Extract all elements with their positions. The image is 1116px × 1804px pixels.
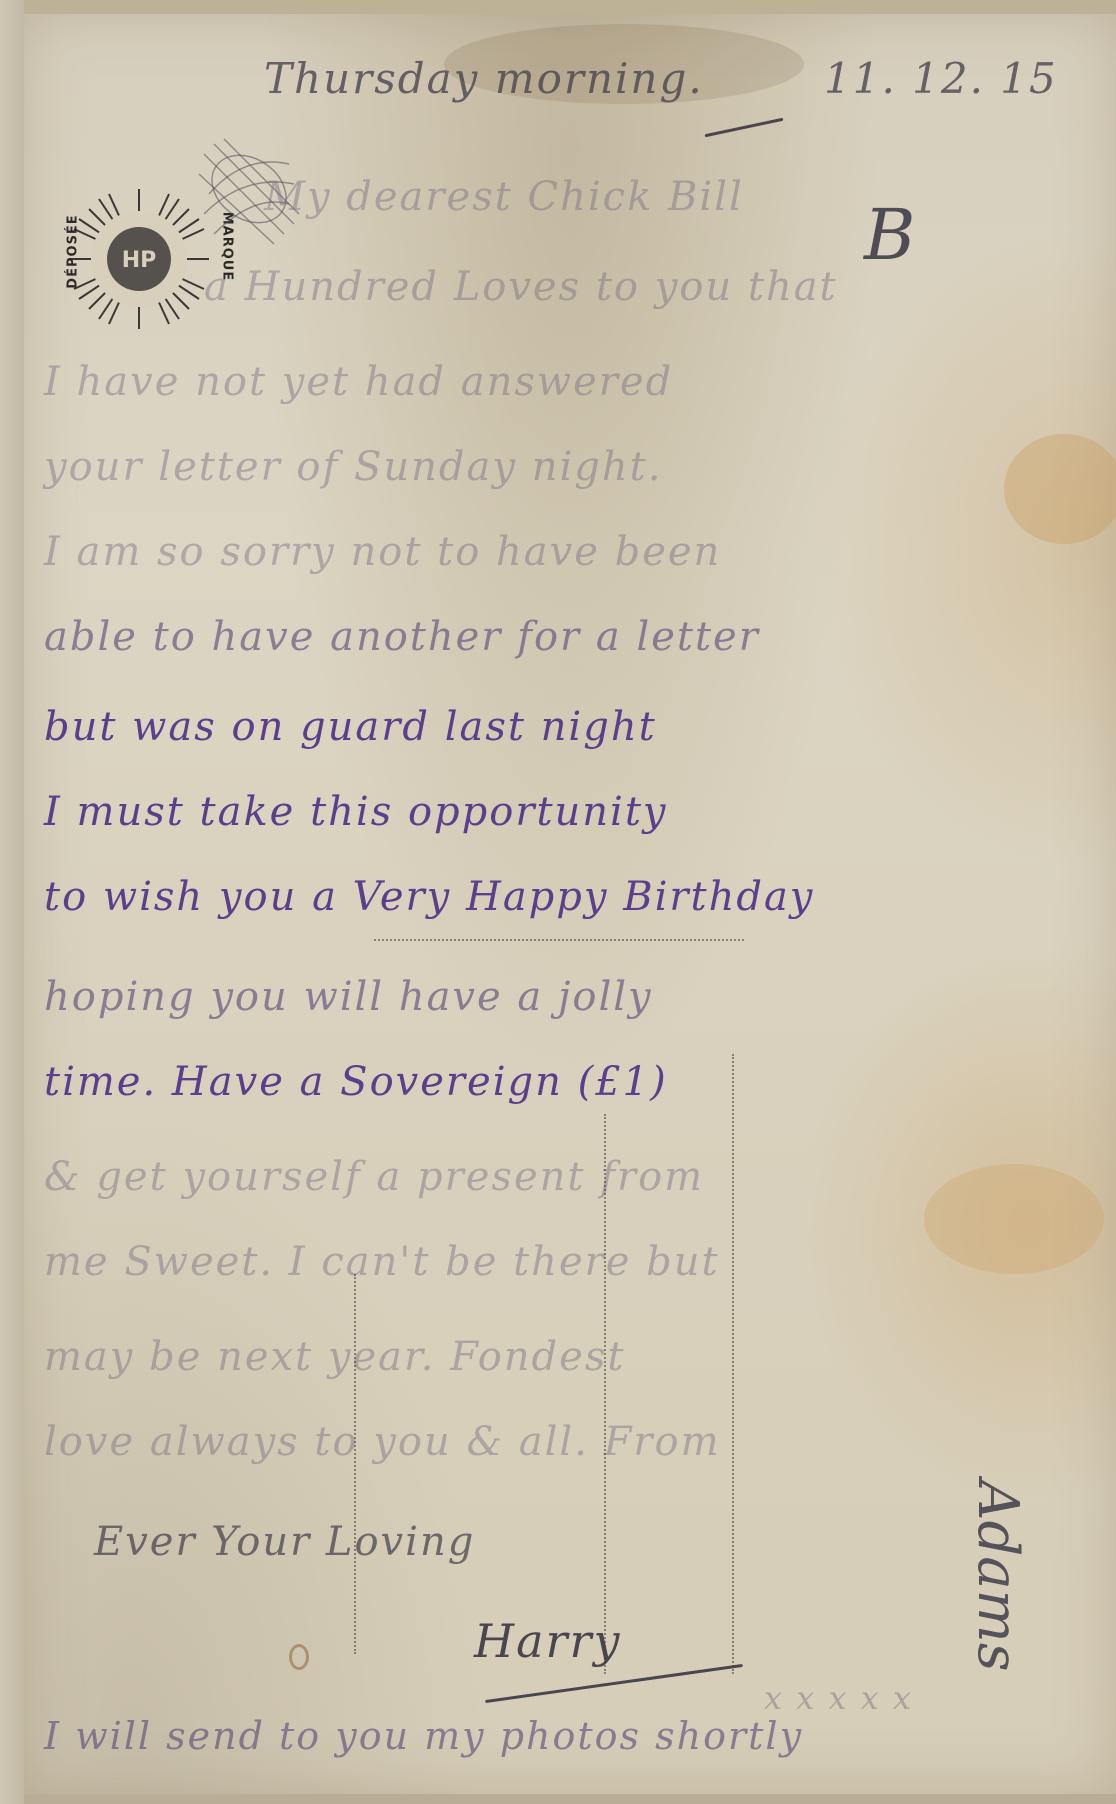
- date: 11. 12. 15: [824, 54, 1058, 103]
- letter-line-4: your letter of Sunday night.: [44, 444, 662, 490]
- stain-right-upper: [1004, 434, 1116, 544]
- letter-line-3: I have not yet had answered: [44, 359, 673, 405]
- mark-text-deposee: DÉPOSÉE: [66, 214, 81, 288]
- mark-letter-b: B: [864, 194, 915, 276]
- dotted-guide-3: [732, 1054, 734, 1674]
- date-line: Thursday morning.: [264, 54, 704, 103]
- svg-text:HP: HP: [122, 248, 157, 273]
- signature-underline: [485, 1664, 743, 1703]
- letter-line-5: I am so sorry not to have been: [44, 529, 721, 575]
- dotted-guide-2: [604, 1114, 606, 1674]
- letter-line-10: hoping you will have a jolly: [44, 974, 653, 1020]
- small-stain: [289, 1644, 309, 1670]
- kisses: x x x x x: [764, 1679, 913, 1717]
- letter-line-7: but was on guard last night: [44, 704, 657, 750]
- letter-line-11: time. Have a Sovereign (£1): [44, 1059, 668, 1105]
- letter-line-8: I must take this opportunity: [44, 789, 668, 835]
- letter-line-15: love always to you & all. From: [44, 1419, 721, 1465]
- date-underline: [705, 118, 784, 138]
- postscript-line: I will send to you my photos shortly: [44, 1714, 803, 1758]
- signature: Harry: [474, 1614, 622, 1668]
- letter-line-1: My dearest Chick Bill: [264, 174, 744, 220]
- side-annotation: Adams: [965, 1480, 1030, 1672]
- dotted-guide-horizontal: [374, 939, 744, 941]
- postcard-back: HP DÉPOSÉE MARQUE Thursday morning. 11. …: [24, 14, 1116, 1794]
- letter-line-2: a Hundred Loves to you that: [204, 264, 838, 310]
- letter-line-9: to wish you a Very Happy Birthday: [44, 874, 814, 920]
- closing-line: Ever Your Loving: [94, 1519, 475, 1565]
- letter-line-6: able to have another for a letter: [44, 614, 760, 660]
- stain-right-lower: [924, 1164, 1104, 1274]
- sunburst-logo-icon: HP: [64, 184, 214, 334]
- dotted-guide-1: [354, 1274, 356, 1654]
- letter-line-14: may be next year. Fondest: [44, 1334, 625, 1380]
- letter-line-13: me Sweet. I can't be there but: [44, 1239, 720, 1285]
- scan-border-left: [0, 0, 24, 1804]
